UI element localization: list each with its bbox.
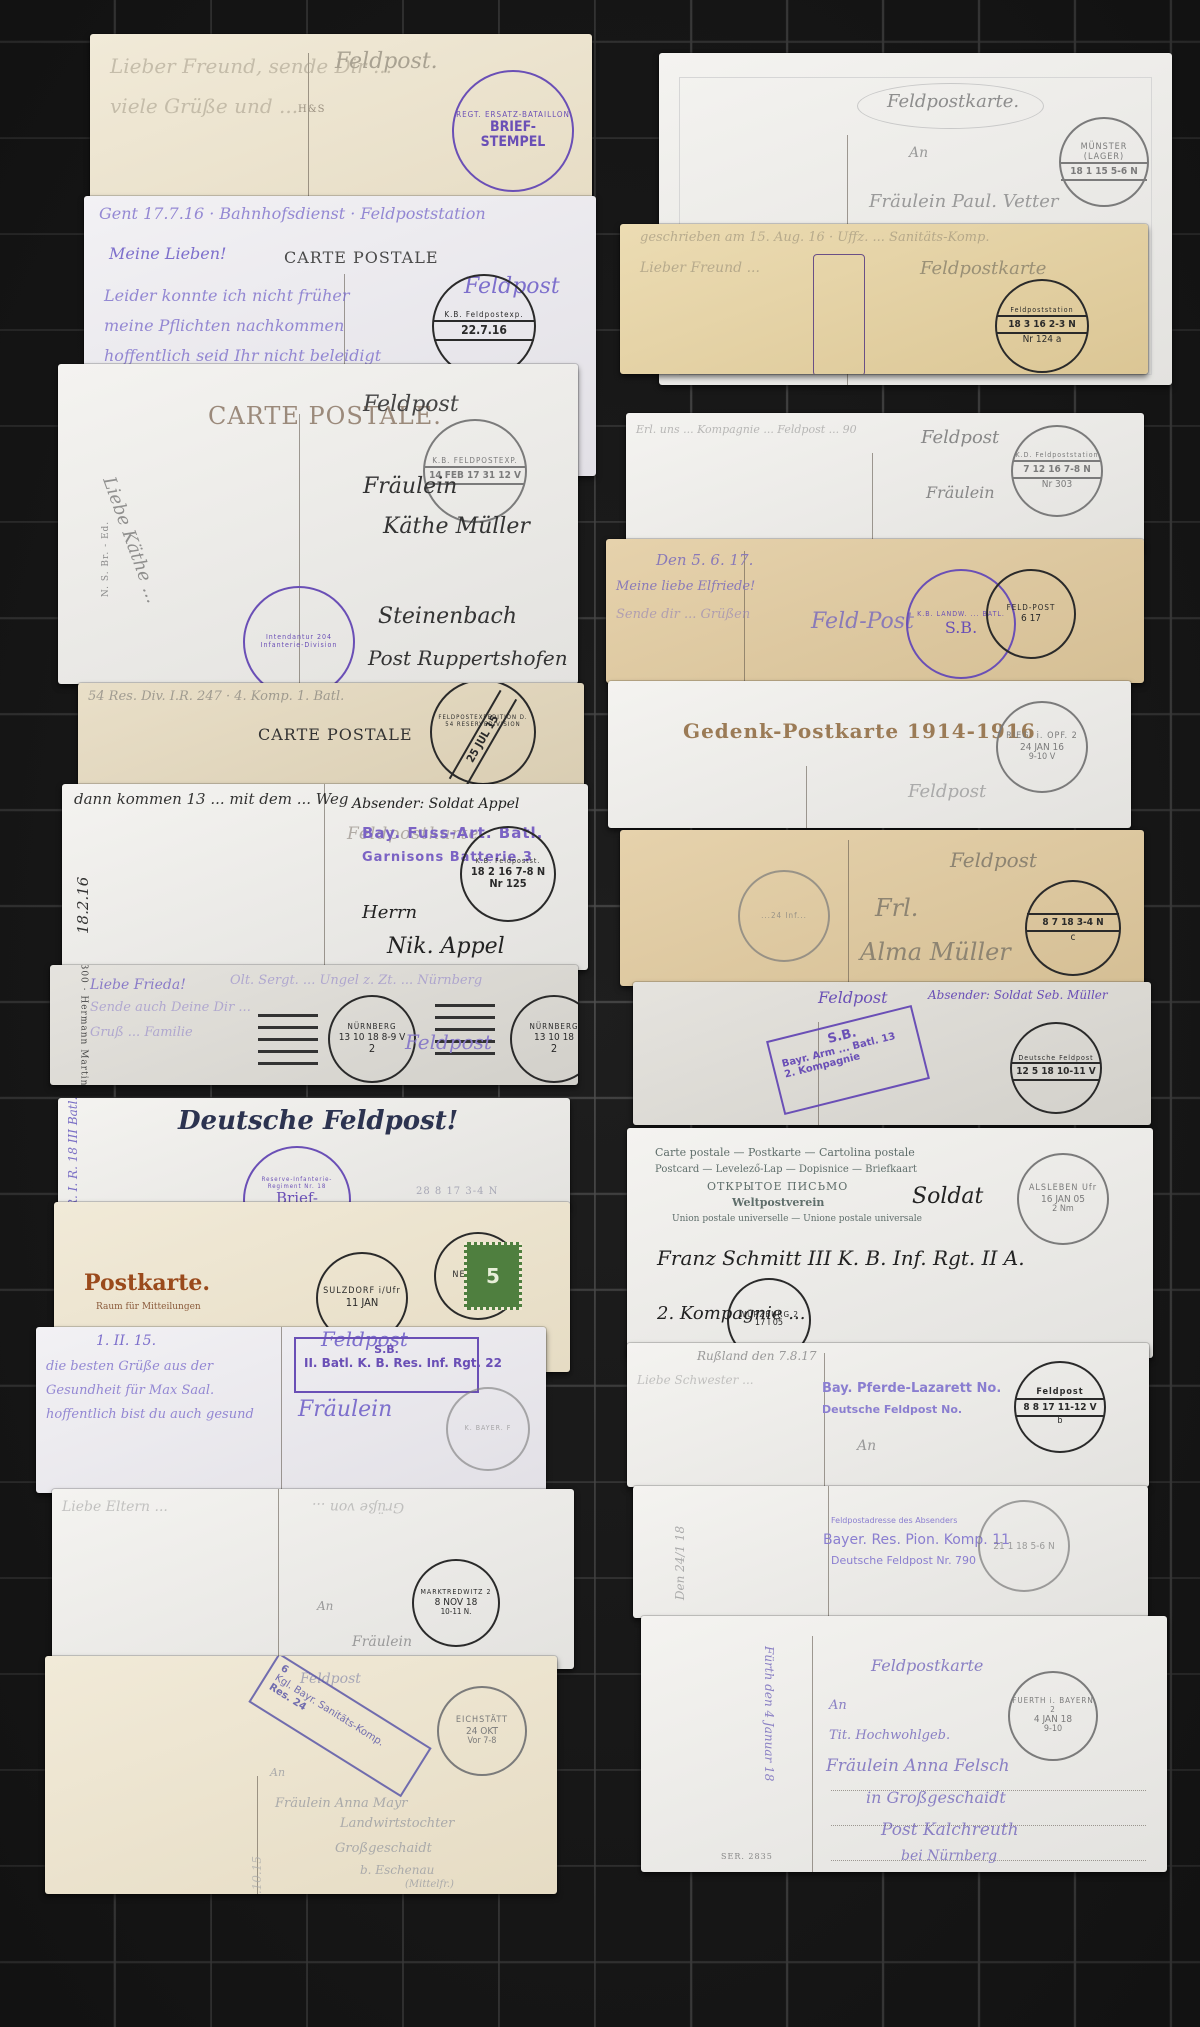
postmark: Feldpoststation 18 3 16 2-3 N Nr 124 a [995, 279, 1089, 373]
postmark: ALSLEBEN Ufr 16 JAN 05 2 Nm [1017, 1153, 1109, 1245]
date-ink: Fürth den 4 Januar 18 [762, 1646, 776, 1781]
brief-stempel-seal: REGT. ERSATZ-BATAILLON BRIEF- STEMPEL [452, 70, 574, 192]
address-line: An [317, 1599, 333, 1613]
date-ink: Den 5. 6. 17. [656, 551, 753, 569]
date-ink: Den 24/1 18 [673, 1526, 687, 1600]
date-ink: Rußland den 7.8.17 [697, 1349, 817, 1363]
postcard-r6: ...24 Inf... Feldpost 8 7 18 3-4 N c Frl… [620, 830, 1144, 986]
intendantur-seal: Intendantur 204 Infanterie-Division [243, 586, 355, 684]
printed-title: CARTE POSTALE [258, 725, 413, 744]
address-line: Landwirtstochter [340, 1816, 454, 1831]
box-stamp-line2: Deutsche Feldpost No. [822, 1403, 962, 1416]
postage-stamp: 5 [464, 1242, 522, 1310]
postmark: Feldpost 8 8 17 11-12 V b [1014, 1361, 1106, 1453]
feldpost-header: Feldpost [363, 392, 459, 417]
postcard-r4: Den 5. 6. 17. Meine liebe Elfriede! Send… [606, 539, 1144, 683]
side-mark: N. S. Br. - Ed. [101, 521, 111, 597]
address-line: Fräulein Anna Mayr [275, 1796, 408, 1811]
postmark-2: NÜRNBERG 13 10 18 2 [510, 995, 578, 1083]
postcard-l4: CARTE POSTALE 54 Res. Div. I.R. 247 · 4.… [78, 683, 584, 795]
address-line: Großgeschaidt [335, 1841, 432, 1856]
feldpost-postmark: FELD-POST 6 17 [986, 569, 1076, 659]
date-ink: Eichstätt den 23.10.15 [250, 1856, 264, 1894]
address-line: Frl. [875, 894, 918, 922]
feldpost-header: Feldpost [950, 848, 1037, 872]
feldpost-header: Deutsche Feldpost! [178, 1106, 458, 1136]
postmark: FELDPOSTEXPEDITION D. 54 RESERVEDIVISION… [430, 683, 536, 785]
feldpost-ink: Feldpost [908, 781, 986, 802]
greeting: Liebe Frieda! [90, 977, 186, 993]
publisher-side: 300 · Hermann Martin [78, 965, 88, 1085]
postmark: MARKTREDWITZ 2 8 NOV 18 10-11 N. [412, 1559, 500, 1647]
unit-seal: ...24 Inf... [738, 870, 830, 962]
greeting: Meine Lieben! [109, 244, 226, 263]
address-line: Post Ruppertshofen [368, 646, 568, 670]
postcard-r2: geschrieben am 15. Aug. 16 · Uffz. ... S… [620, 224, 1148, 374]
address-line: An [270, 1766, 285, 1779]
date-ink: 1. II. 15. [96, 1333, 156, 1349]
postcard-r5: Gedenk-Postkarte 1914-1916 RIEG. i. OPF.… [608, 681, 1131, 828]
postcard-r7: Feldpost Absender: Soldat Seb. Müller S.… [633, 982, 1151, 1125]
postmark: MÜNSTER (LAGER) 18 1 15 5-6 N [1059, 117, 1149, 207]
printed-line-2: Postcard — Levelező-Lap — Dopisnice — Br… [655, 1164, 917, 1175]
feldpost-header: Feldpostkarte [920, 258, 1046, 279]
censor-box-stamp [813, 254, 865, 374]
faint-postmark: K. BAYER. F [446, 1387, 530, 1471]
series-mark: SER. 2835 [721, 1852, 773, 1861]
printed-line-4: Weltpostverein [732, 1196, 824, 1209]
faint-date: 28 8 17 3-4 N [416, 1186, 498, 1197]
feldpost-header: Feldpost. [335, 49, 438, 74]
box-stamp-line1: Bay. Pferde-Lazarett No. [822, 1381, 1001, 1396]
greeting: Meine liebe Elfriede! [616, 579, 755, 594]
printed-title: CARTE POSTALE [284, 248, 439, 267]
feldpost-ink: Feldpost [405, 1030, 492, 1054]
address-line: Fräulein [926, 483, 995, 502]
address-line: Tit. Hochwohlgeb. [829, 1728, 950, 1743]
side-ink: R. I. R. 18 III Batl. 11 Komp. [66, 1098, 80, 1208]
postmark: K.D. Feldpoststation 7 12 16 7-8 N Nr 30… [1011, 425, 1103, 517]
soldat-header: Soldat [912, 1184, 983, 1209]
printed-title: Gedenk-Postkarte 1914-1916 [683, 719, 1036, 743]
printed-line-3: ОТКРЫТОЕ ПИСЬМО [707, 1180, 848, 1193]
postcard-l7: Deutsche Feldpost! R. I. R. 18 III Batl.… [58, 1098, 570, 1210]
postcard-l6: 300 · Hermann Martin Liebe Frieda! Sende… [50, 965, 578, 1085]
unit-box-stamp: S.B. Bayr. Arm ... Batl. 13 2. Kompagnie [766, 1005, 930, 1115]
postcard-r3: Erl. uns ... Kompagnie ... Feldpost ... … [626, 413, 1144, 553]
address-line: An [829, 1698, 847, 1713]
printer-mark: H&S [298, 104, 325, 115]
printed-subtitle: Raum für Mitteilungen [96, 1302, 201, 1312]
address-line: Fräulein [298, 1397, 392, 1422]
sender-line: Absender: Soldat Seb. Müller [928, 988, 1108, 1002]
postcard-l5: dann kommen 13 ... mit dem ... Weg 18.2.… [62, 784, 588, 970]
postmark: K.B. Feldpostst. 18 2 16 7-8 N Nr 125 [460, 826, 556, 922]
sender-line: Absender: Soldat Appel [352, 796, 519, 812]
address-line: Alma Müller [860, 938, 1011, 966]
address-line: (Mittelfr.) [405, 1879, 454, 1890]
postcard-l11: Eichstätt den 23.10.15 Feldpost 6 Kgl. B… [45, 1656, 557, 1894]
postmark: FUERTH i. BAYERN 2 4 JAN 18 9-10 [1008, 1671, 1098, 1761]
address-line: Fräulein [363, 474, 457, 499]
postmark: K.B. Feldpostexp. 22.7.16 [432, 274, 536, 378]
printed-line-1: Carte postale — Postkarte — Cartolina po… [655, 1146, 915, 1159]
feldpost-header: Feld-Post [811, 609, 914, 634]
address-line: Franz Schmitt III K. B. Inf. Rgt. II A. [657, 1246, 1025, 1270]
address-line: An [857, 1438, 876, 1454]
address-rules [831, 1756, 1146, 1861]
postmark: EICHSTÄTT 24 OKT Vor 7-8 [437, 1686, 527, 1776]
postcard-l10: Liebe Eltern ... Grüße von ... MARKTREDW… [52, 1489, 574, 1669]
postcard-l9: 1. II. 15. die besten Grüße aus der Gesu… [36, 1327, 546, 1493]
postcard-r9: Rußland den 7.8.17 Liebe Schwester ... B… [627, 1343, 1149, 1487]
address-line: Herrn [362, 902, 417, 923]
postcard-r10: Den 24/1 18 Feldpostadresse des Absender… [633, 1486, 1148, 1618]
address-line: An [909, 145, 928, 161]
address-line: Steinenbach [378, 604, 517, 629]
postcard-r8: Carte postale — Postkarte — Cartolina po… [627, 1128, 1153, 1358]
printed-line-5: Union postale universelle — Unione posta… [672, 1214, 922, 1224]
feldpost-header: Feldpostkarte. [887, 91, 1019, 112]
address-line: 2. Kompagnie ... [657, 1303, 805, 1324]
address-line: Fräulein [352, 1634, 412, 1650]
postmark: RIEG. i. OPF. 2 24 JAN 16 9-10 V [996, 701, 1088, 793]
postmark: Deutsche Feldpost 12 5 18 10-11 V [1010, 1022, 1102, 1114]
postcard-r11: Feldpostkarte Fürth den 4 Januar 18 FUER… [641, 1616, 1167, 1872]
postmark: K.B. FELDPOSTEXP. 14 FEB 17 31 12 V [423, 419, 527, 523]
cancel-bars [258, 1005, 318, 1065]
postmark: NÜRNBERG 13 10 18 8-9 V 2 [328, 995, 416, 1083]
printed-title: Postkarte. [84, 1270, 210, 1296]
address-line: Nik. Appel [387, 934, 505, 959]
brief-stempel-seal: Reserve-Infanterie-Regiment Nr. 18 Brief… [243, 1146, 351, 1210]
address-line: Fräulein Paul. Vetter [869, 191, 1058, 212]
box-stamp-line2: Deutsche Feldpost Nr. 790 [831, 1554, 976, 1567]
address-line: Käthe Müller [383, 514, 530, 539]
feldpost-header: Feldpost [818, 988, 888, 1007]
postmark: 8 7 18 3-4 N c [1025, 880, 1121, 976]
postcard-l3: CARTE POSTALE. N. S. Br. - Ed. Feldpost … [58, 364, 578, 684]
postmark: 21 1 18 5-6 N [978, 1500, 1070, 1592]
address-line: b. Eschenau [360, 1863, 434, 1877]
unit-box-stamp: S.B. II. Batl. K. B. Res. Inf. Rgt. 22 [294, 1337, 479, 1393]
box-stamp-line0: Feldpostadresse des Absenders [831, 1516, 957, 1525]
feldpost-header: Feldpostkarte [871, 1656, 983, 1675]
feldpost-header: Feldpost [921, 427, 999, 448]
